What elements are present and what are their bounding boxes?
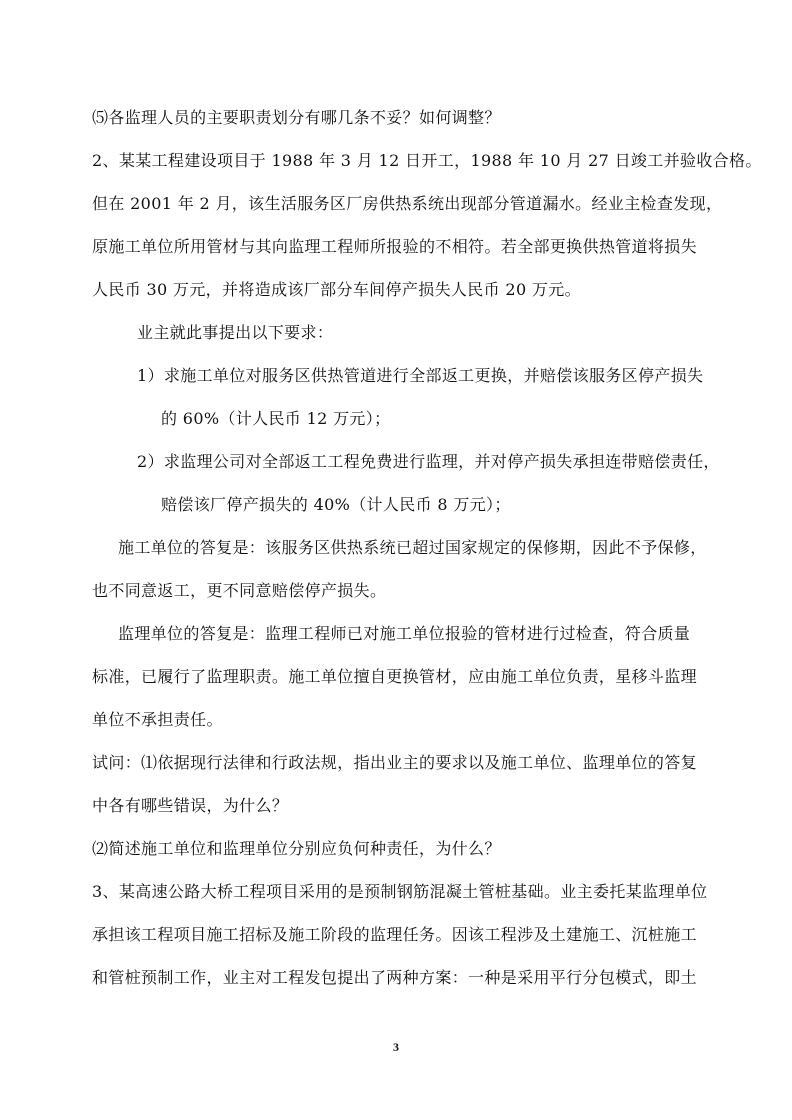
owner-request-1-continued: 的 60%（计人民币 12 万元）； xyxy=(161,409,390,429)
page-number: 3 xyxy=(0,1040,792,1055)
case-3-paragraph-line: 承担该工程项目施工招标及施工阶段的监理任务。因该工程涉及土建施工、沉桩施工 xyxy=(92,925,697,945)
question-1-line: 试问：⑴依据现行法律和行政法规，指出业主的要求以及施工单位、监理单位的答复 xyxy=(92,753,697,773)
case-3-paragraph-line: 3、某高速公路大桥工程项目采用的是预制钢筋混凝土管桩基础。业主委托某监理单位 xyxy=(92,882,707,902)
document-page: ⑸各监理人员的主要职责划分有哪几条不妥？如何调整？ 2、某某工程建设项目于 19… xyxy=(0,0,792,1120)
case-2-paragraph-line: 原施工单位所用管材与其向监理工程师所报验的不相符。若全部更换供热管道将损失 xyxy=(92,237,697,257)
supervisor-reply-line: 监理单位的答复是：监理工程师已对施工单位报验的管材进行过检查，符合质量 xyxy=(118,624,690,644)
case-3-paragraph-line: 和管桩预制工作，业主对工程发包提出了两种方案：一种是采用平行分包模式，即土 xyxy=(92,968,697,988)
owner-request-1: 1）求施工单位对服务区供热管道进行全部返工更换，并赔偿该服务区停产损失 xyxy=(137,366,703,386)
question-1-line: 中各有哪些错误，为什么？ xyxy=(92,796,288,816)
question-2-line: ⑵简述施工单位和监理单位分别应负何种责任，为什么？ xyxy=(92,839,501,859)
supervisor-reply-line: 标准，已履行了监理职责。施工单位擅自更换管材，应由施工单位负责，星移斗监理 xyxy=(92,667,697,687)
owner-request-2: 2）求监理公司对全部返工工程免费进行监理，并对停产损失承担连带赔偿责任， xyxy=(137,452,720,472)
owner-requests-heading: 业主就此事提出以下要求： xyxy=(137,323,333,343)
supervisor-reply-line: 单位不承担责任。 xyxy=(92,710,223,730)
case-2-paragraph-line: 人民币 30 万元，并将造成该厂部分车间停产损失人民币 20 万元。 xyxy=(92,280,581,300)
contractor-reply-line: 也不同意返工，更不同意赔偿停产损失。 xyxy=(92,581,386,601)
case-2-paragraph-line: 2、某某工程建设项目于 1988 年 3 月 12 日开工，1988 年 10 … xyxy=(92,151,762,171)
question-5-line: ⑸各监理人员的主要职责划分有哪几条不妥？如何调整？ xyxy=(92,108,501,128)
contractor-reply-line: 施工单位的答复是：该服务区供热系统已超过国家规定的保修期，因此不予保修， xyxy=(118,538,707,558)
case-2-paragraph-line: 但在 2001 年 2 月，该生活服务区厂房供热系统出现部分管道漏水。经业主检查… xyxy=(92,194,722,214)
owner-request-2-continued: 赔偿该厂停产损失的 40%（计人民币 8 万元）； xyxy=(161,495,511,515)
